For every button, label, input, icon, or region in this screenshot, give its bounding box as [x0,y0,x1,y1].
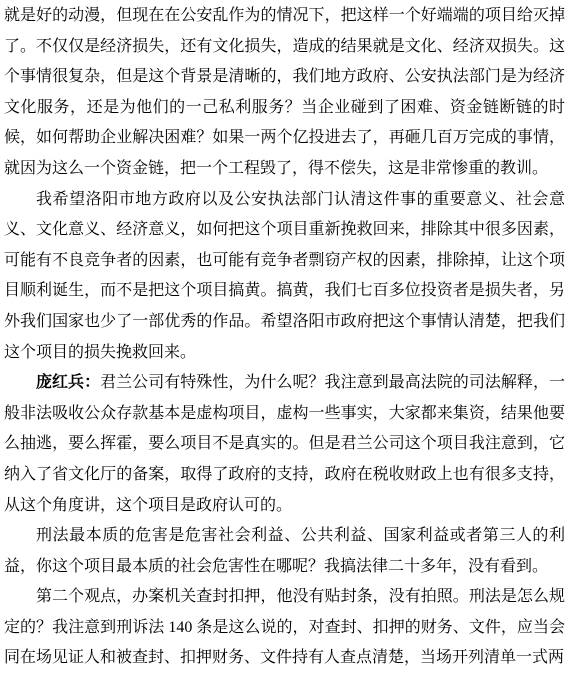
speaker-name: 庞红兵： [36,374,100,391]
paragraph-text: 刑法最本质的危害是危害社会利益、公共利益、国家利益或者第三人的利益，你这个项目最… [4,527,565,575]
paragraph-cutoff: 第二个观点，办案机关查封扣押，他没有贴封条，没有拍照。刑法是怎么规定的？我注意到… [4,582,565,674]
paragraph: 我希望洛阳市地方政府以及公安执法部门认清这件事的重要意义、社会意义、文化意义、经… [4,185,565,369]
paragraph-text: 就是好的动漫，但现在在公安乱作为的情况下，把这样一个好端端的项目给灭掉了。不仅仅… [4,7,565,177]
document-page: 就是好的动漫，但现在在公安乱作为的情况下，把这样一个好端端的项目给灭掉了。不仅仅… [0,0,569,674]
paragraph-continuation: 就是好的动漫，但现在在公安乱作为的情况下，把这样一个好端端的项目给灭掉了。不仅仅… [4,1,565,185]
paragraph-text: 我希望洛阳市地方政府以及公安执法部门认清这件事的重要意义、社会意义、文化意义、经… [4,191,565,361]
paragraph: 刑法最本质的危害是危害社会利益、公共利益、国家利益或者第三人的利益，你这个项目最… [4,521,565,582]
paragraph-text: 君兰公司有特殊性，为什么呢？我注意到最高法院的司法解释，一般非法吸收公众存款基本… [4,374,565,513]
paragraph-with-speaker: 庞红兵：君兰公司有特殊性，为什么呢？我注意到最高法院的司法解释，一般非法吸收公众… [4,368,565,521]
paragraph-text: 第二个观点，办案机关查封扣押，他没有贴封条，没有拍照。刑法是怎么规定的？我注意到… [4,588,565,666]
